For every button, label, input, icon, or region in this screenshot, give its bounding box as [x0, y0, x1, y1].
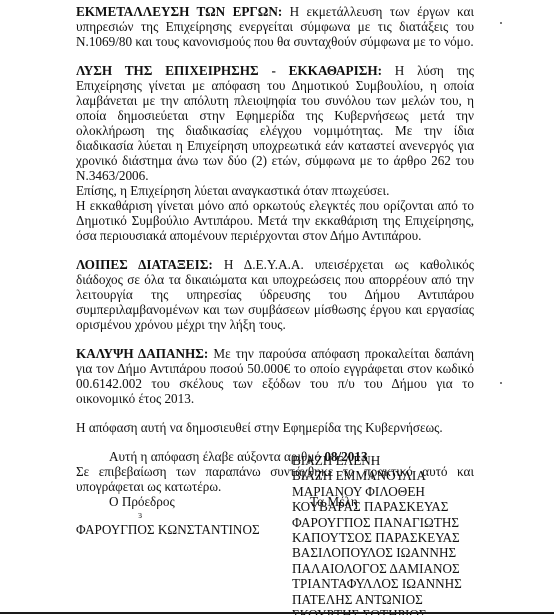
- member-name: ΒΙΑΖΗ ΕΛΕΝΗ: [292, 453, 462, 468]
- section-text: Η λύση της Επιχείρησης γίνεται με απόφασ…: [76, 63, 474, 183]
- president-label: Ο Πρόεδρος: [109, 494, 175, 509]
- member-name: ΜΑΡΙΑΝΟΥ ΦΙΛΟΘΕΗ: [292, 484, 462, 499]
- member-name: ΚΟΥΒΑΡΑΣ ΠΑΡΑΣΚΕΥΑΣ: [292, 499, 462, 514]
- section-other-provisions: ΛΟΙΠΕΣ ΔΙΑΤΑΞΕΙΣ: Η Δ.Ε.Υ.Α.Α. υπεισέρχε…: [76, 257, 474, 332]
- member-name: ΒΑΣΙΛΟΠΟΥΛΟΣ ΙΩΑΝΝΗΣ: [292, 545, 462, 560]
- scan-speck: [500, 382, 502, 384]
- page-bottom-edge: [0, 612, 554, 614]
- section-heading: ΕΚΜΕΤΑΛΛΕΥΣΗ ΤΩΝ ΕΡΓΩΝ:: [76, 4, 282, 19]
- section-heading: ΛΟΙΠΕΣ ΔΙΑΤΑΞΕΙΣ:: [76, 257, 213, 272]
- section-dissolution: ΛΥΣΗ ΤΗΣ ΕΠΙΧΕΙΡΗΣΗΣ - ΕΚΚΑΘΑΡΙΣΗ: Η λύσ…: [76, 63, 474, 183]
- section-liquidation: Η εκκαθάριση γίνεται μόνο από ορκωτούς ε…: [76, 198, 474, 243]
- section-heading: ΛΥΣΗ ΤΗΣ ΕΠΙΧΕΙΡΗΣΗΣ - ΕΚΚΑΘΑΡΙΣΗ:: [76, 63, 382, 78]
- member-name: ΠΑΛΑΙΟΛΟΓΟΣ ΔΑΜΙΑΝΟΣ: [292, 561, 462, 576]
- member-name: ΚΑΠΟΥΤΣΟΣ ΠΑΡΑΣΚΕΥΑΣ: [292, 530, 462, 545]
- section-heading: ΚΑΛΥΨΗ ΔΑΠΑΝΗΣ:: [76, 346, 208, 361]
- signature-scribble: ɜ: [138, 510, 142, 521]
- section-exploitation: ΕΚΜΕΤΑΛΛΕΥΣΗ ΤΩΝ ΕΡΓΩΝ: Η εκμετάλλευση τ…: [76, 4, 474, 49]
- members-list: ΒΙΑΖΗ ΕΛΕΝΗ ΒΙΑΖΗ ΕΜΜΑΝΟΥΛΙΑ ΜΑΡΙΑΝΟΥ ΦΙ…: [292, 453, 462, 615]
- member-name: ΤΡΙΑΝΤΑΦΥΛΛΟΣ ΙΩΑΝΝΗΣ: [292, 576, 462, 591]
- publication-note: Η απόφαση αυτή να δημοσιευθεί στην Εφημε…: [76, 420, 474, 435]
- section-expense-coverage: ΚΑΛΥΨΗ ΔΑΠΑΝΗΣ: Με την παρούσα απόφαση π…: [76, 346, 474, 406]
- member-name: ΦΑΡΟΥΓΠΟΣ ΠΑΝΑΓΙΩΤΗΣ: [292, 515, 462, 530]
- scan-speck: [500, 22, 502, 24]
- section-dissolution-extra: Επίσης, η Επιχείρηση λύεται αναγκαστικά …: [76, 183, 474, 198]
- member-name: ΠΑΤΕΛΗΣ ΑΝΤΩΝΙΟΣ: [292, 592, 462, 607]
- member-name: ΒΙΑΖΗ ΕΜΜΑΝΟΥΛΙΑ: [292, 468, 462, 483]
